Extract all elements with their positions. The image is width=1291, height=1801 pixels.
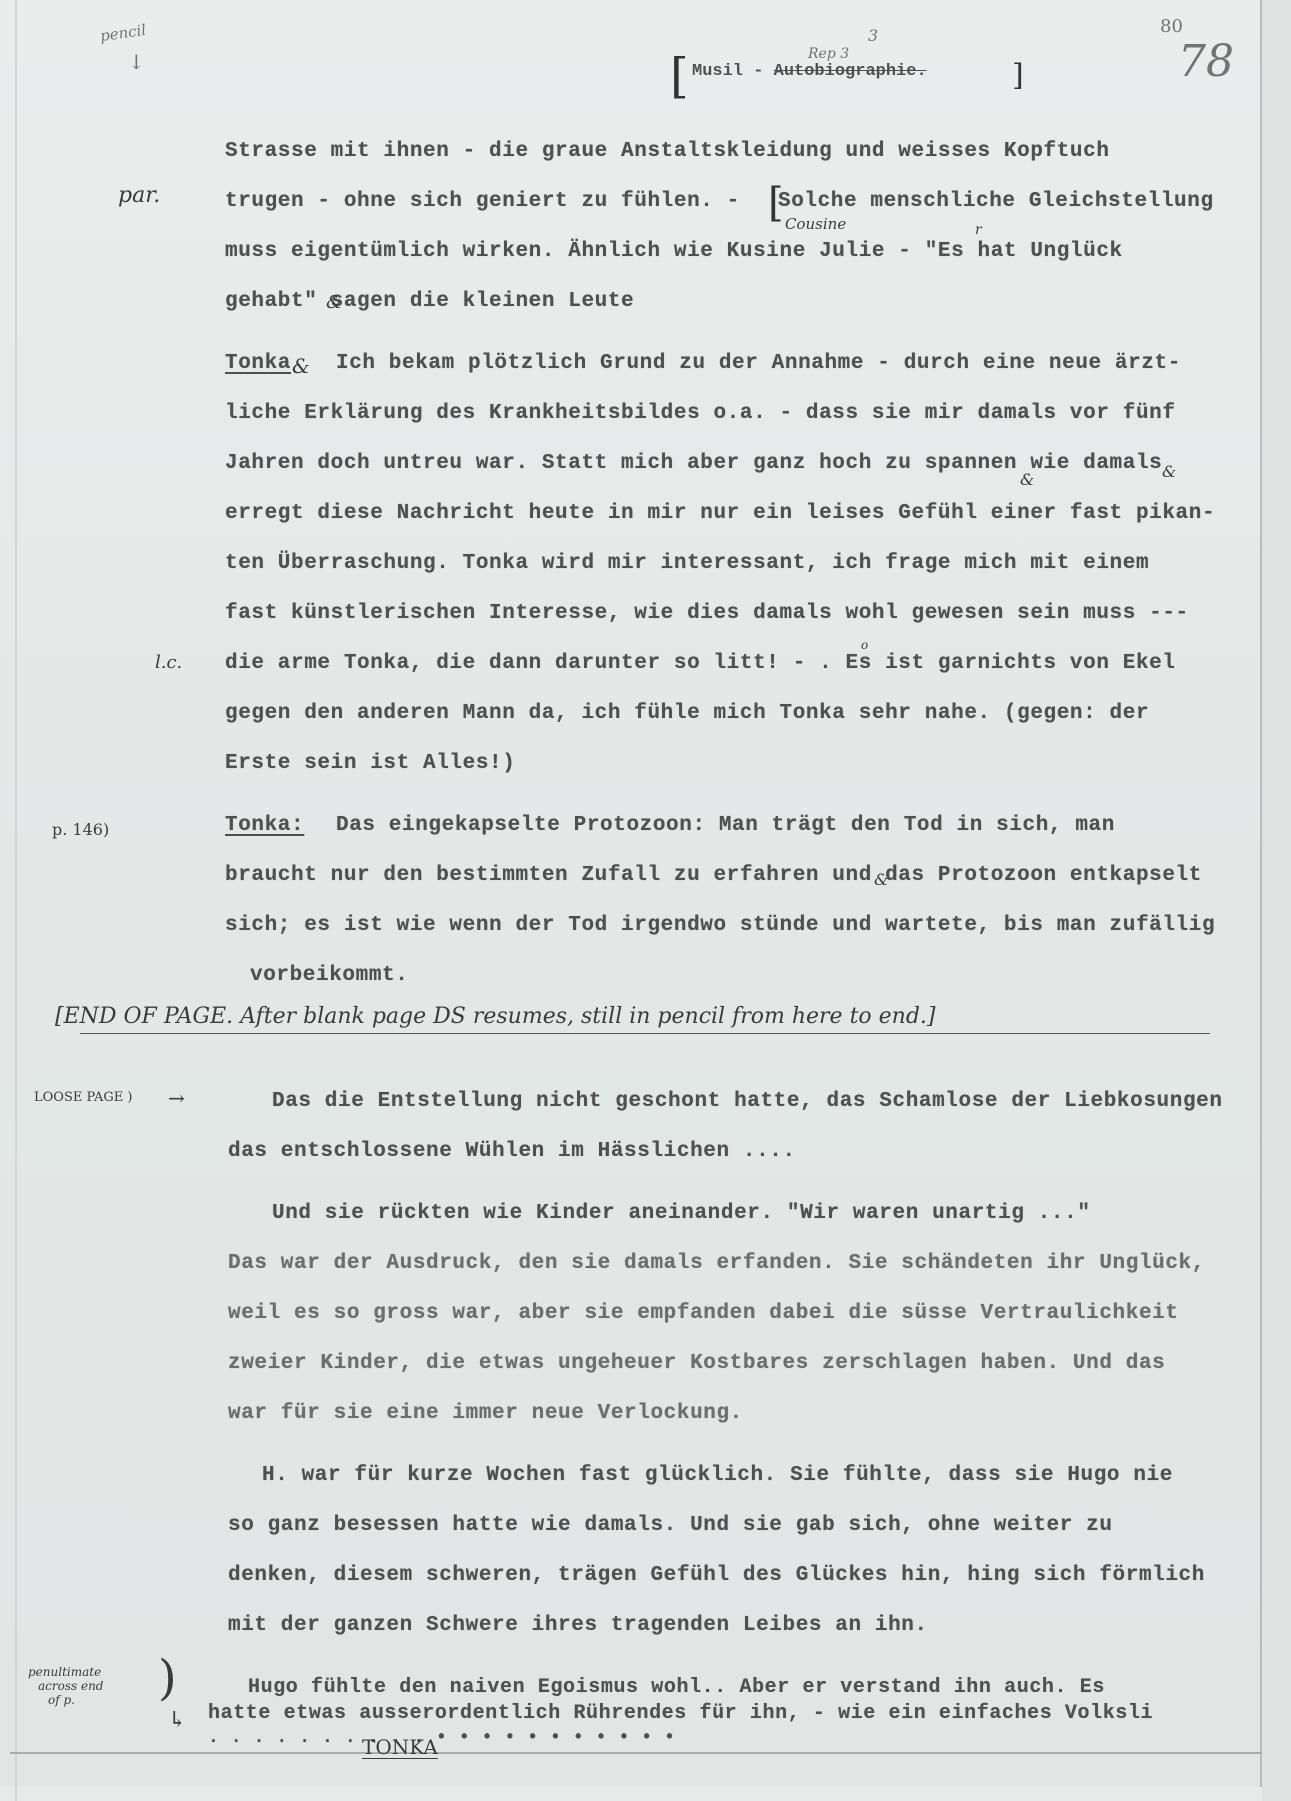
text-line-2: trugen - ohne sich geniert zu fühlen. - <box>225 190 740 213</box>
margin-note-page-ref: p. 146) <box>52 820 109 839</box>
annotation-o: o <box>861 638 868 652</box>
text-line-14: Das eingekapselte Protozoon: Man trägt d… <box>336 814 1115 837</box>
text-line-13: Erste sein ist Alles!) <box>225 752 515 775</box>
annotation-ampersand: & <box>292 354 310 378</box>
text-line-20: Und sie rückten wie Kinder aneinander. "… <box>272 1202 1091 1225</box>
text-line-5: Ich bekam plötzlich Grund zu der Annahme… <box>336 352 1181 375</box>
text-line-25: H. war für kurze Wochen fast glücklich. … <box>262 1464 1173 1487</box>
text-line-26: so ganz besessen hatte wie damals. Und s… <box>228 1514 1113 1537</box>
text-line-10: fast künstlerischen Interesse, wie dies … <box>225 602 1189 625</box>
header-struck-word: Autobiographie. <box>774 62 927 81</box>
text-line-16: sich; es ist wie wenn der Tod irgendwo s… <box>225 914 1215 937</box>
margin-note-penultimate: penultimate across end of p. <box>28 1665 103 1707</box>
text-line-19: das entschlossene Wühlen im Hässlichen .… <box>228 1140 796 1163</box>
page-left-edge <box>15 0 17 1801</box>
end-of-page-underline <box>80 1033 1210 1034</box>
text-line-18: Das die Entstellung nicht geschont hatte… <box>272 1090 1223 1113</box>
penultimate-line-3: of p. <box>28 1693 103 1707</box>
margin-bracket: ) <box>158 1650 177 1706</box>
scan-margin <box>1262 0 1291 1801</box>
annotation-ampersand: & <box>1020 470 1034 489</box>
margin-note-lc: l.c. <box>155 652 182 673</box>
text-line-30: hatte etwas ausserordentlich Rührendes f… <box>208 1702 1153 1725</box>
margin-note-par: par. <box>118 183 160 208</box>
text-line-3: muss eigentümlich wirken. Ähnlich wie Ku… <box>225 240 1123 263</box>
page-number-large: 78 <box>1178 36 1234 87</box>
text-line-28: mit der ganzen Schwere ihres tragenden L… <box>228 1614 928 1637</box>
text-line-11: die arme Tonka, die dann darunter so lit… <box>225 652 1176 675</box>
text-line-8: erregt diese Nachricht heute in mir nur … <box>225 502 1215 525</box>
header-insert: Rep 3 <box>808 46 849 62</box>
text-label-tonka: Tonka <box>225 352 291 375</box>
penultimate-line-1: penultimate <box>28 1665 103 1679</box>
text-line-29: Hugo fühlte den naiven Egoismus wohl.. A… <box>248 1676 1105 1699</box>
page-number-small: 80 <box>1160 16 1183 37</box>
header-title: Musil - Autobiographie. <box>692 62 927 81</box>
down-arrow-icon: ↓ <box>128 50 145 74</box>
text-line-15: braucht nur den bestimmten Zufall zu erf… <box>225 864 1202 887</box>
text-line-9: ten Überraschung. Tonka wird mir interes… <box>225 552 1149 575</box>
annotation-er: r <box>975 222 982 238</box>
header-bracket-open: [ <box>670 52 689 100</box>
right-arrow-icon: → <box>168 1086 185 1110</box>
text-line-4: gehabt" sagen die kleinen Leute <box>225 290 634 313</box>
text-line-17: vorbeikommt. <box>250 964 408 987</box>
text-line-21: Das war der Ausdruck, den sie damals erf… <box>228 1252 1205 1275</box>
text-line-27: denken, diesem schweren, trägen Gefühl d… <box>228 1564 1205 1587</box>
text-line-24: war für sie eine immer neue Verlockung. <box>228 1402 743 1425</box>
margin-note-loose-page: LOOSE PAGE ) <box>34 1090 133 1105</box>
corner-arrow-icon: ↳ <box>168 1708 186 1733</box>
ellipsis-line: . . . . . . . . . . • • • • • • • • • • … <box>208 1728 675 1748</box>
header-bracket-close: ] <box>1012 58 1024 93</box>
header-insert-super: 3 <box>868 26 878 45</box>
text-line-2b: Solche menschliche Gleichstellung <box>778 190 1214 213</box>
text-line-23: zweier Kinder, die etwas ungeheuer Kostb… <box>228 1352 1165 1375</box>
text-line-12: gegen den anderen Mann da, ich fühle mic… <box>225 702 1149 725</box>
text-line-22: weil es so gross war, aber sie empfanden… <box>228 1302 1179 1325</box>
header-author: Musil - <box>692 62 763 81</box>
annotation-cousine: Cousine <box>785 215 846 233</box>
annotation-ampersand: & <box>1162 462 1176 481</box>
end-of-page-note: [END OF PAGE. After blank page DS resume… <box>55 1004 936 1029</box>
footer-tonka: TONKA <box>362 1735 438 1759</box>
text-label-tonka-2: Tonka: <box>225 814 304 837</box>
penultimate-line-2: across end <box>28 1679 103 1693</box>
loose-page-label: LOOSE PAGE <box>34 1090 123 1105</box>
text-line-1: Strasse mit ihnen - die graue Anstaltskl… <box>225 140 1110 163</box>
annotation-ampersand: & <box>326 292 342 313</box>
text-line-6: liche Erklärung des Krankheitsbildes o.a… <box>225 402 1176 425</box>
page-bottom-edge <box>10 1752 1262 1754</box>
annotation-ampersand: & <box>874 870 888 889</box>
